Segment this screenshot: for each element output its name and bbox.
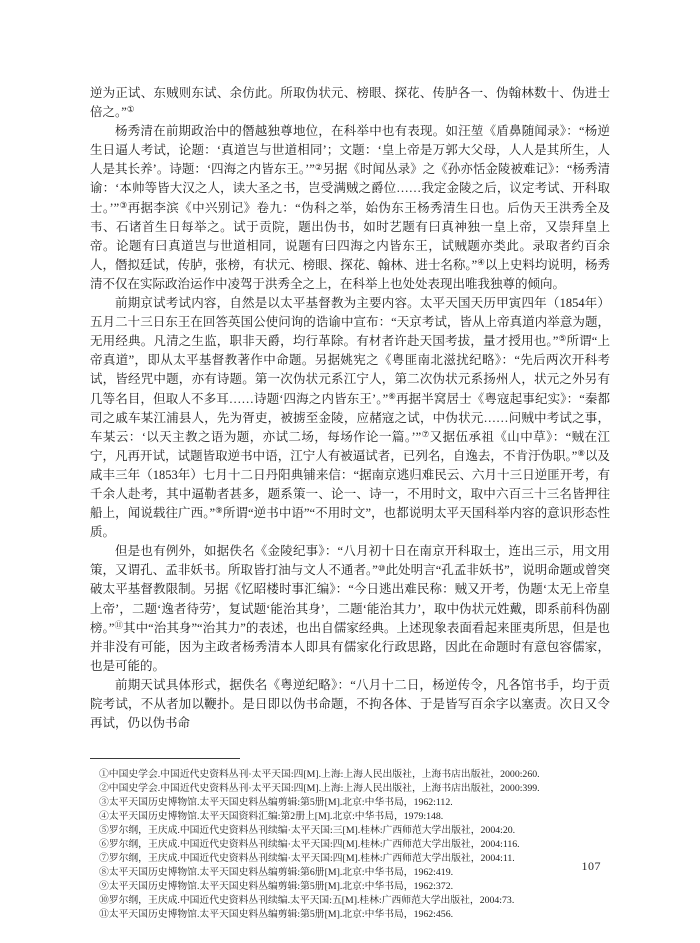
book-page: 逆为正试、东贼则东试、余仿此。所取伪状元、榜眼、探花、传胪各一、伪翰林数十、伪进… (0, 0, 700, 943)
paragraph: 杨秀清在前期政治中的僭越独尊地位，在科举中也有表现。如汪堃《盾鼻随闻录》：“杨逆… (90, 122, 610, 294)
footnote: ⑦罗尔纲，王庆成.中国近代史资料丛刊续编·太平天国:四[M].桂林:广西师范大学… (99, 852, 610, 866)
paragraph: 前期京试考试内容，自然是以太平基督教为主要内容。太平天国天历甲寅四年（1854年… (90, 294, 610, 542)
footnote-ref: ⑨ (215, 505, 223, 515)
footnote-ref: ⑦ (421, 429, 429, 439)
footnote: ②中国史学会.中国近代史资料丛刊·太平天国:四[M].上海:上海人民出版社，上海… (99, 782, 610, 796)
footnote: ⑩罗尔纲，王庆成.中国近代史资料丛刊续编.太平天国:五[M].桂林:广西师范大学… (99, 894, 610, 908)
footnote-ref: ② (315, 162, 323, 172)
footnote: ③太平天国历史博物馆.太平天国史料丛编剪辑:第5册[M].北京:中华书局，196… (99, 796, 610, 810)
footnote-ref: ③ (119, 200, 127, 210)
paragraph: 前期天试具体形式，据佚名《粤逆纪略》：“八月十二日，杨逆传令，凡各馆书手，均于贡… (90, 676, 610, 733)
footnote-ref: ⑪ (114, 620, 123, 630)
page-body: 逆为正试、东贼则东试、余仿此。所取伪状元、榜眼、探花、传胪各一、伪翰林数十、伪进… (90, 84, 610, 922)
footnote-separator (90, 758, 240, 759)
footnote-ref: ④ (477, 257, 485, 267)
footnote-ref: ⑤ (558, 333, 566, 343)
footnote-ref: ① (127, 104, 135, 114)
footnote: ①中国史学会.中国近代史资料丛刊·太平天国:四[M].上海:上海人民出版社，上海… (99, 768, 610, 782)
footnote: ⑤罗尔纲，王庆成.中国近代史资料丛刊续编·太平天国:三[M].桂林:广西师范大学… (99, 824, 610, 838)
page-number: 107 (582, 859, 602, 874)
footnotes-block: ①中国史学会.中国近代史资料丛刊·太平天国:四[M].上海:上海人民出版社，上海… (90, 768, 610, 922)
footnote: ⑥罗尔纲，王庆成.中国近代史资料丛刊续编·太平天国:四[M].桂林:广西师范大学… (99, 838, 610, 852)
footnote: ⑨太平天国历史博物馆.太平天国史料丛编剪辑:第5册[M].北京:中华书局，196… (99, 880, 610, 894)
footnote: ④太平天国历史博物馆.太平天国资料汇编:第2册上[M].北京:中华书局，1979… (99, 810, 610, 824)
footnote: ⑧太平天国历史博物馆.太平天国史料丛编剪辑:第6册[M].北京:中华书局，196… (99, 866, 610, 880)
footnote: ⑪太平天国历史博物馆.太平天国史料丛编剪辑:第5册[M].北京:中华书局，196… (99, 908, 610, 922)
paragraph-continuation: 逆为正试、东贼则东试、余仿此。所取伪状元、榜眼、探花、传胪各一、伪翰林数十、伪进… (90, 84, 610, 122)
footnote-ref: ⑩ (378, 563, 386, 573)
footnote-ref: ⑥ (388, 391, 396, 401)
paragraph: 但是也有例外，如据佚名《金陵纪事》：“八月初十日在南京开科取士，连出三示，用文用… (90, 542, 610, 676)
footnote-ref: ⑧ (577, 448, 585, 458)
